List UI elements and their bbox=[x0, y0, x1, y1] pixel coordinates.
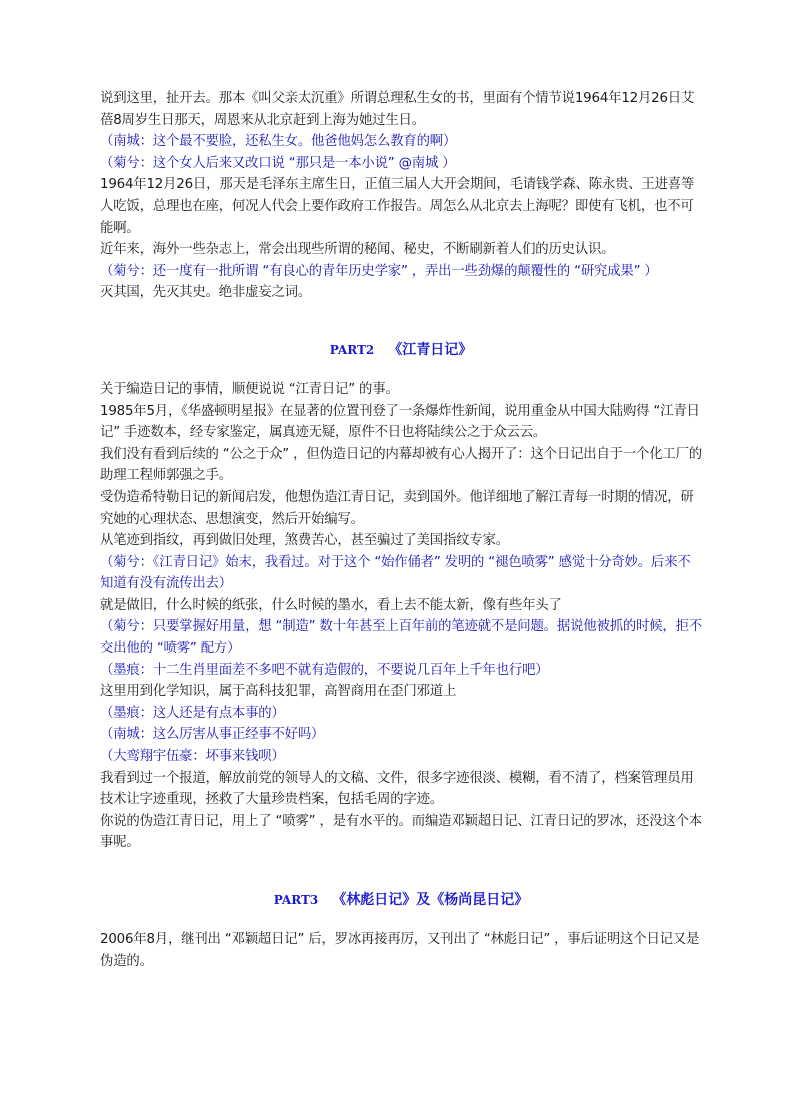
section-1: 说到这里，扯开去。那本《叫父亲太沉重》所谓总理私生女的书，里面有个情节说1964… bbox=[100, 88, 702, 304]
reader-comment: （大鸾翔宇伍豪：坏事来钱呗） bbox=[100, 746, 702, 768]
spacer bbox=[100, 304, 702, 339]
reader-comment: （墨痕：这人还是有点本事的） bbox=[100, 703, 702, 725]
paragraph: 1964年12月26日，那天是毛泽东主席生日，正值三届人大开会期间，毛请钱学森、… bbox=[100, 174, 702, 239]
part-label: PART3 bbox=[274, 893, 319, 907]
reader-comment: （菊兮：这个女人后来又改口说 “那只是一本小说” @南城 ） bbox=[100, 153, 702, 175]
paragraph: 灭其国，先灭其史。绝非虚妄之词。 bbox=[100, 282, 702, 304]
document-page: 说到这里，扯开去。那本《叫父亲太沉重》所谓总理私生女的书，里面有个情节说1964… bbox=[100, 88, 702, 972]
reader-comment: （菊兮：还一度有一批所谓 “有良心的青年历史学家” ，弄出一些劲爆的颠覆性的 “… bbox=[100, 261, 702, 283]
paragraph: 受伪造希特勒日记的新闻启发，他想伪造江青日记，卖到国外。他详细地了解江青每一时期… bbox=[100, 487, 702, 530]
paragraph: 近年来，海外一些杂志上，常会出现些所谓的秘闻、秘史，不断刷新着人们的历史认识。 bbox=[100, 239, 702, 261]
paragraph: 就是做旧，什么时候的纸张，什么时候的墨水，看上去不能太新，像有些年头了 bbox=[100, 595, 702, 617]
paragraph: 我们没有看到后续的 “公之于众” ，但伪造日记的内幕却被有心人揭开了：这个日记出… bbox=[100, 444, 702, 487]
part-title: 《江青日记》 bbox=[388, 342, 472, 358]
part-title: 《林彪日记》及《杨尚昆日记》 bbox=[332, 892, 528, 908]
paragraph: 说到这里，扯开去。那本《叫父亲太沉重》所谓总理私生女的书，里面有个情节说1964… bbox=[100, 88, 702, 131]
paragraph: 这里用到化学知识，属于高科技犯罪，高智商用在歪门邪道上 bbox=[100, 681, 702, 703]
reader-comment: （南城：这么厉害从事正经事不好吗） bbox=[100, 724, 702, 746]
section-2: 关于编造日记的事情，顺便说说 “江青日记” 的事。 1985年5月，《华盛顿明星… bbox=[100, 379, 702, 854]
section-3: 2006年8月，继刊出 “邓颖超日记” 后，罗冰再接再厉，又刊出了 “林彪日记”… bbox=[100, 929, 702, 972]
reader-comment: （菊兮：《江青日记》始末，我看过。对于这个 “始作俑者” 发明的 “褪色喷雾” … bbox=[100, 552, 702, 595]
spacer bbox=[100, 361, 702, 379]
section-heading-part3: PART3《林彪日记》及《杨尚昆日记》 bbox=[100, 889, 702, 911]
part-label: PART2 bbox=[330, 343, 375, 357]
paragraph: 从笔迹到指纹，再到做旧处理，煞费苦心，甚至骗过了美国指纹专家。 bbox=[100, 530, 702, 552]
section-heading-part2: PART2《江青日记》 bbox=[100, 339, 702, 361]
paragraph: 我看到过一个报道，解放前党的领导人的文稿、文件，很多字迹很淡、模糊，看不清了，档… bbox=[100, 768, 702, 811]
spacer bbox=[100, 911, 702, 929]
paragraph: 你说的伪造江青日记，用上了 “喷雾” ，是有水平的。而编造邓颖超日记、江青日记的… bbox=[100, 811, 702, 854]
paragraph: 1985年5月，《华盛顿明星报》在显著的位置刊登了一条爆炸性新闻，说用重金从中国… bbox=[100, 401, 702, 444]
paragraph: 2006年8月，继刊出 “邓颖超日记” 后，罗冰再接再厉，又刊出了 “林彪日记”… bbox=[100, 929, 702, 972]
reader-comment: （南城：这个最不要脸，还私生女。他爸他妈怎么教育的啊） bbox=[100, 131, 702, 153]
reader-comment: （菊兮：只要掌握好用量，想 “制造” 数十年甚至上百年前的笔迹就不是问题。据说他… bbox=[100, 616, 702, 659]
spacer bbox=[100, 854, 702, 889]
reader-comment: （墨痕：十二生肖里面差不多吧不就有造假的，不要说几百年上千年也行吧） bbox=[100, 660, 702, 682]
paragraph: 关于编造日记的事情，顺便说说 “江青日记” 的事。 bbox=[100, 379, 702, 401]
